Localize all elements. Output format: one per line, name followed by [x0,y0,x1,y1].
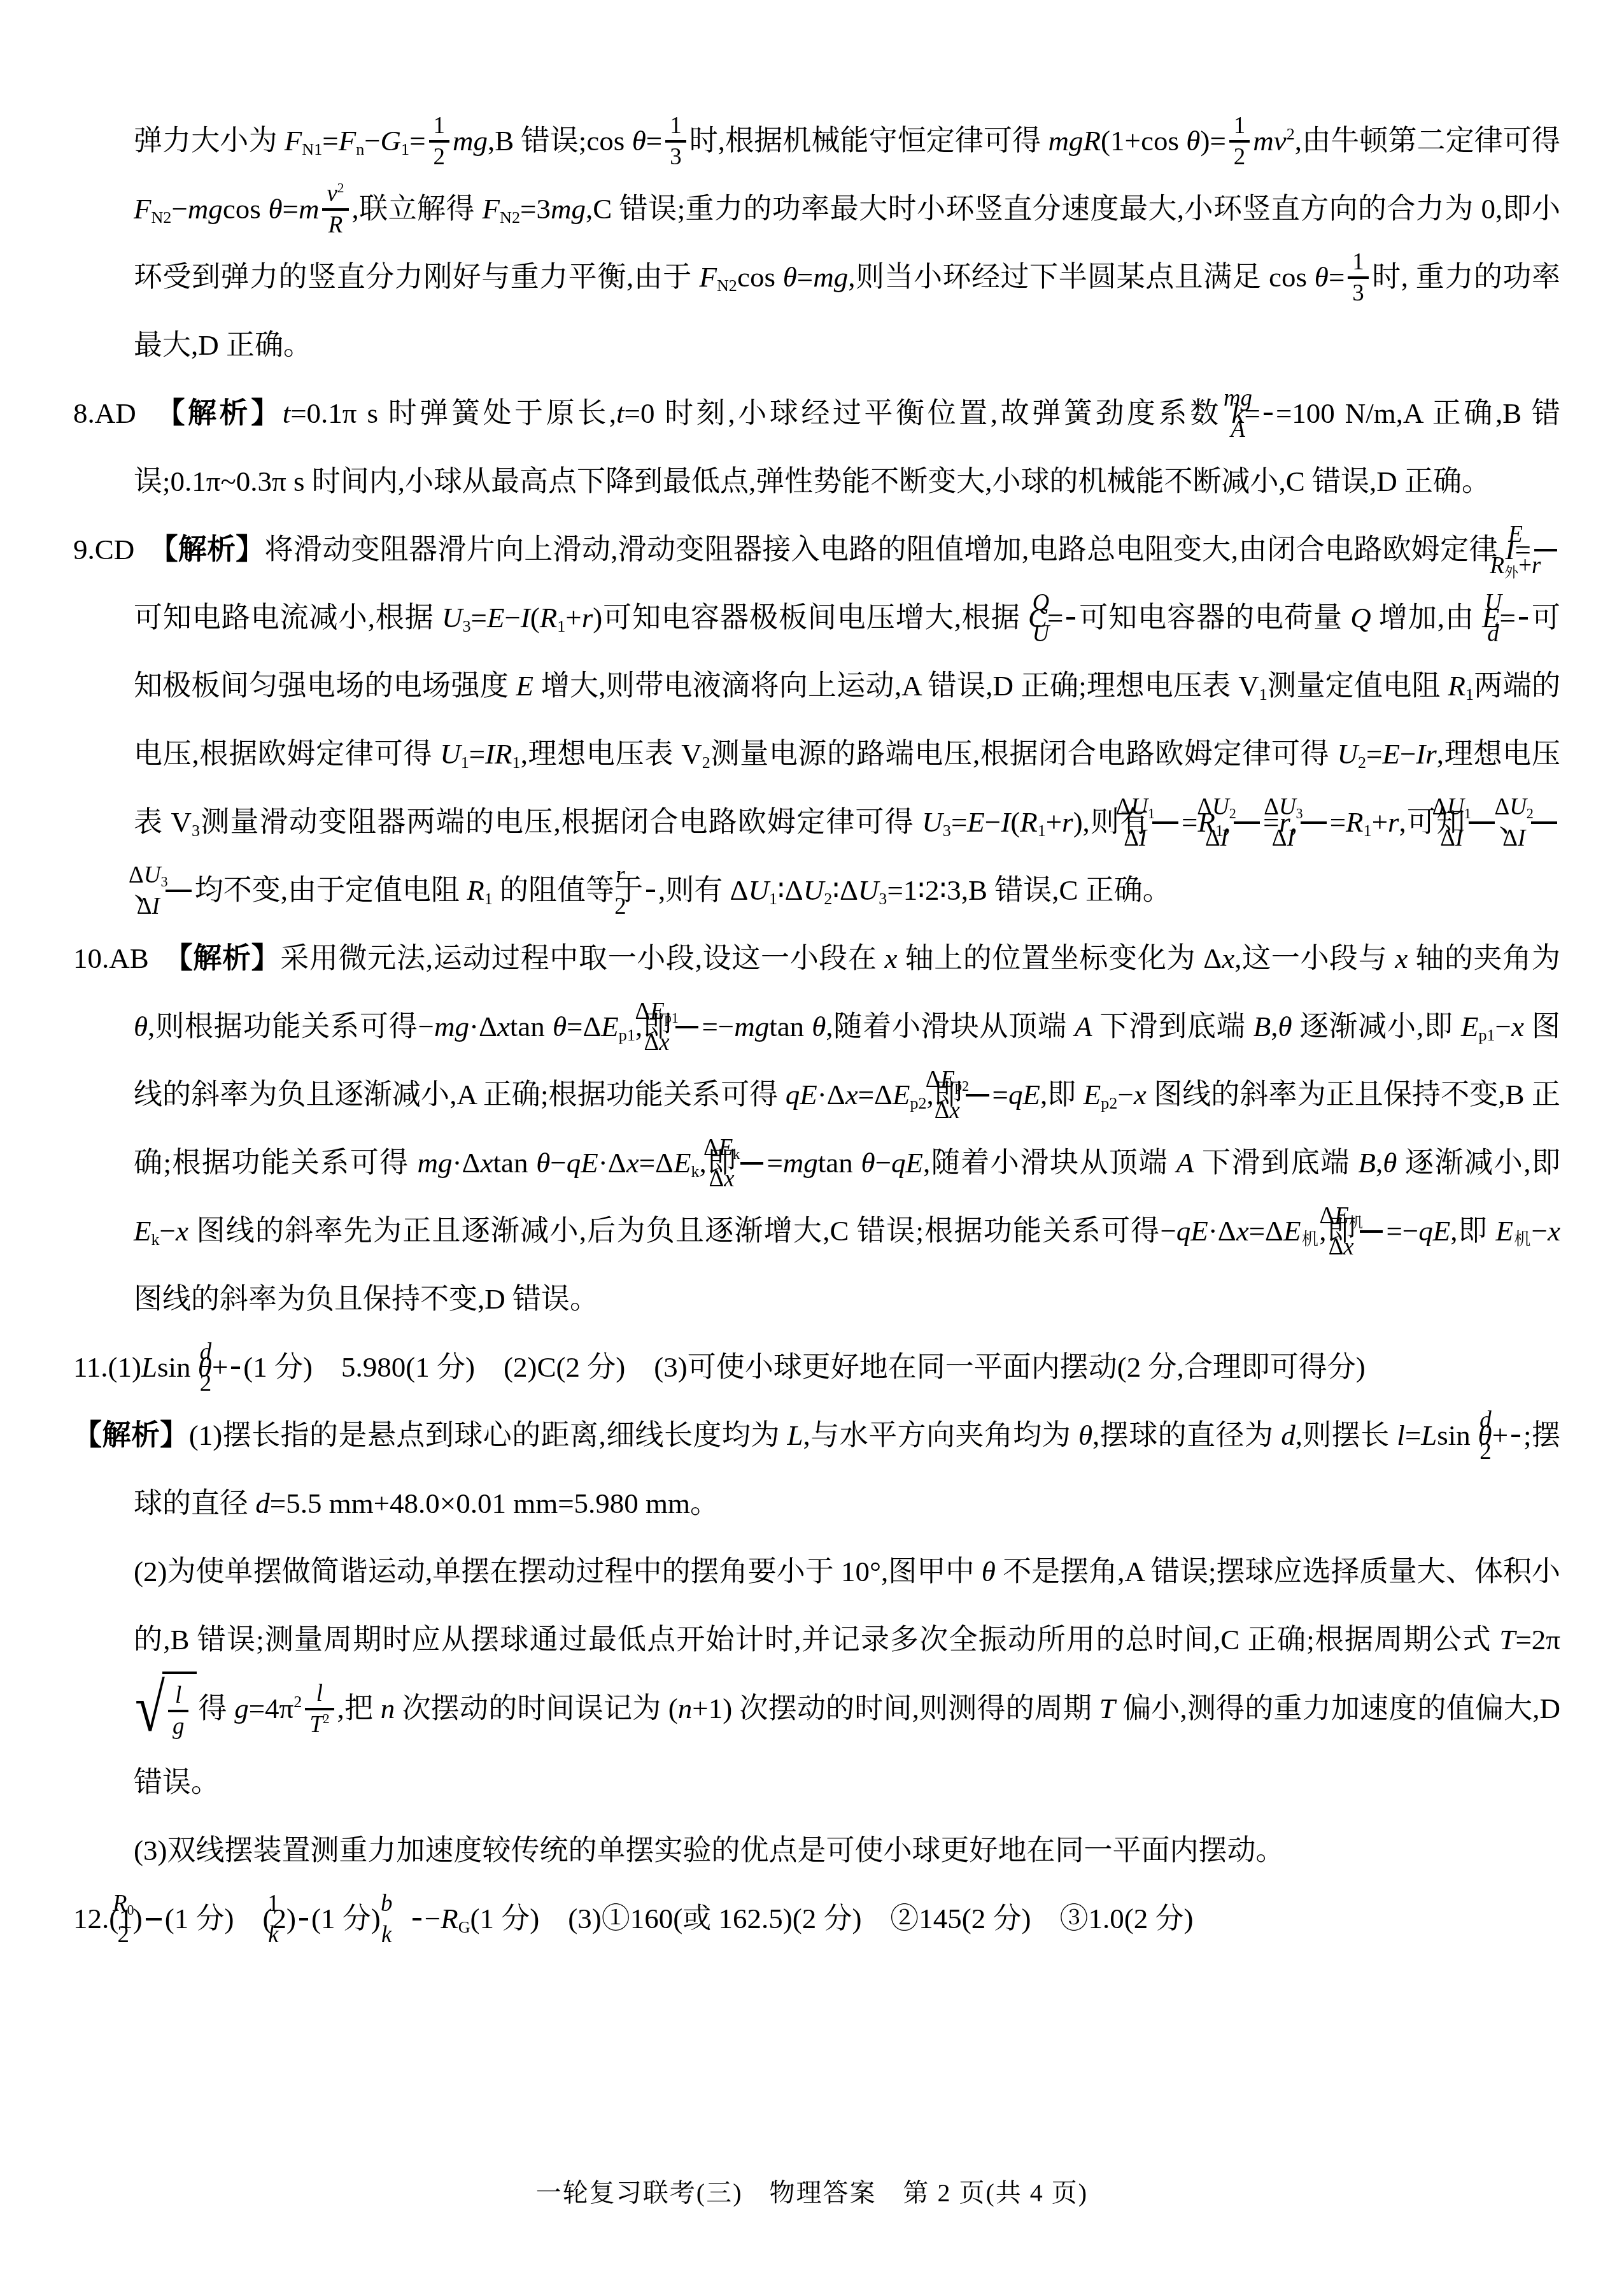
fraction: Ud [1519,590,1528,646]
paragraph-q8-answer: 8.AD 【解析】t=0.1π s 时弹簧处于原长,t=0 时刻,小球经过平衡位… [134,380,1560,516]
fraction: 12 [429,113,449,169]
fraction: r2 [646,862,655,919]
square-root: √lg [135,1672,197,1746]
fraction: 13 [1348,249,1368,306]
fraction: ΔU3ΔI [166,862,192,919]
fraction: QU [1066,590,1075,646]
fraction: ΔU1ΔI [1469,794,1495,851]
paragraph-q11-jiexi-1: 【解析】(1)摆长指的是悬点到球心的距离,细线长度均为 L,与水平方向夹角均为 … [134,1402,1560,1538]
paragraph-q11-jiexi-2: (2)为使单摆做简谐运动,单摆在摆动过程中的摆角要小于 10°,图甲中 θ 不是… [134,1538,1560,1817]
radical-icon: √ [135,1682,165,1736]
paragraph-q7-continuation: 弹力大小为 FN1=Fn−G1=12mg,B 错误;cos θ=13时,根据机械… [134,107,1560,380]
page-footer: 一轮复习联考(三) 物理答案 第 2 页(共 4 页) [0,2173,1624,2209]
fraction: mgA [1264,385,1273,442]
fraction: d2 [1511,1407,1520,1464]
fraction: ΔEkΔx [740,1135,764,1191]
fraction: R02 [146,1891,162,1947]
paragraph-q11-jiexi-3: (3)双线摆装置测重力加速度较传统的单摆实验的优点是可使小球更好地在同一平面内摆… [134,1817,1560,1885]
fraction: ΔU2ΔI [1234,794,1260,851]
fraction: ΔE机Δx [1360,1203,1383,1260]
fraction: ER外+r [1534,522,1557,578]
paragraph-q11-answer-line: 11.(1)Lsin θ+d2(1 分) 5.980(1 分) (2)C(2 分… [134,1333,1560,1402]
document-body: 弹力大小为 FN1=Fn−G1=12mg,B 错误;cos θ=13时,根据机械… [0,107,1624,1953]
fraction: bk [413,1891,421,1947]
fraction: 12 [1229,113,1250,169]
document-page: { "page": { "footer": "一轮复习联考(三) 物理答案 第 … [0,0,1624,2279]
paragraph-q10-answer: 10.AB 【解析】采用微元法,运动过程中取一小段,设这一小段在 x 轴上的位置… [134,925,1560,1333]
fraction: 1k [299,1891,308,1947]
fraction: ΔU1ΔI [1152,794,1178,851]
fraction: v2R [322,181,348,238]
fraction: lT2 [305,1680,334,1737]
fraction: 13 [665,113,686,169]
fraction: ΔU3ΔI [1301,794,1327,851]
fraction: ΔU2ΔI [1531,794,1557,851]
paragraph-q9-answer: 9.CD 【解析】将滑动变阻器滑片向上滑动,滑动变阻器接入电路的阻值增加,电路总… [134,516,1560,925]
fraction: ΔEp1Δx [675,998,699,1055]
paragraph-q12-answer: 12.(1)R02(1 分) (2)1k(1 分) bk−RG(1 分) (3)… [134,1885,1560,1953]
fraction: d2 [231,1339,240,1396]
fraction: lg [168,1682,188,1739]
fraction: ΔEp2Δx [966,1067,989,1123]
